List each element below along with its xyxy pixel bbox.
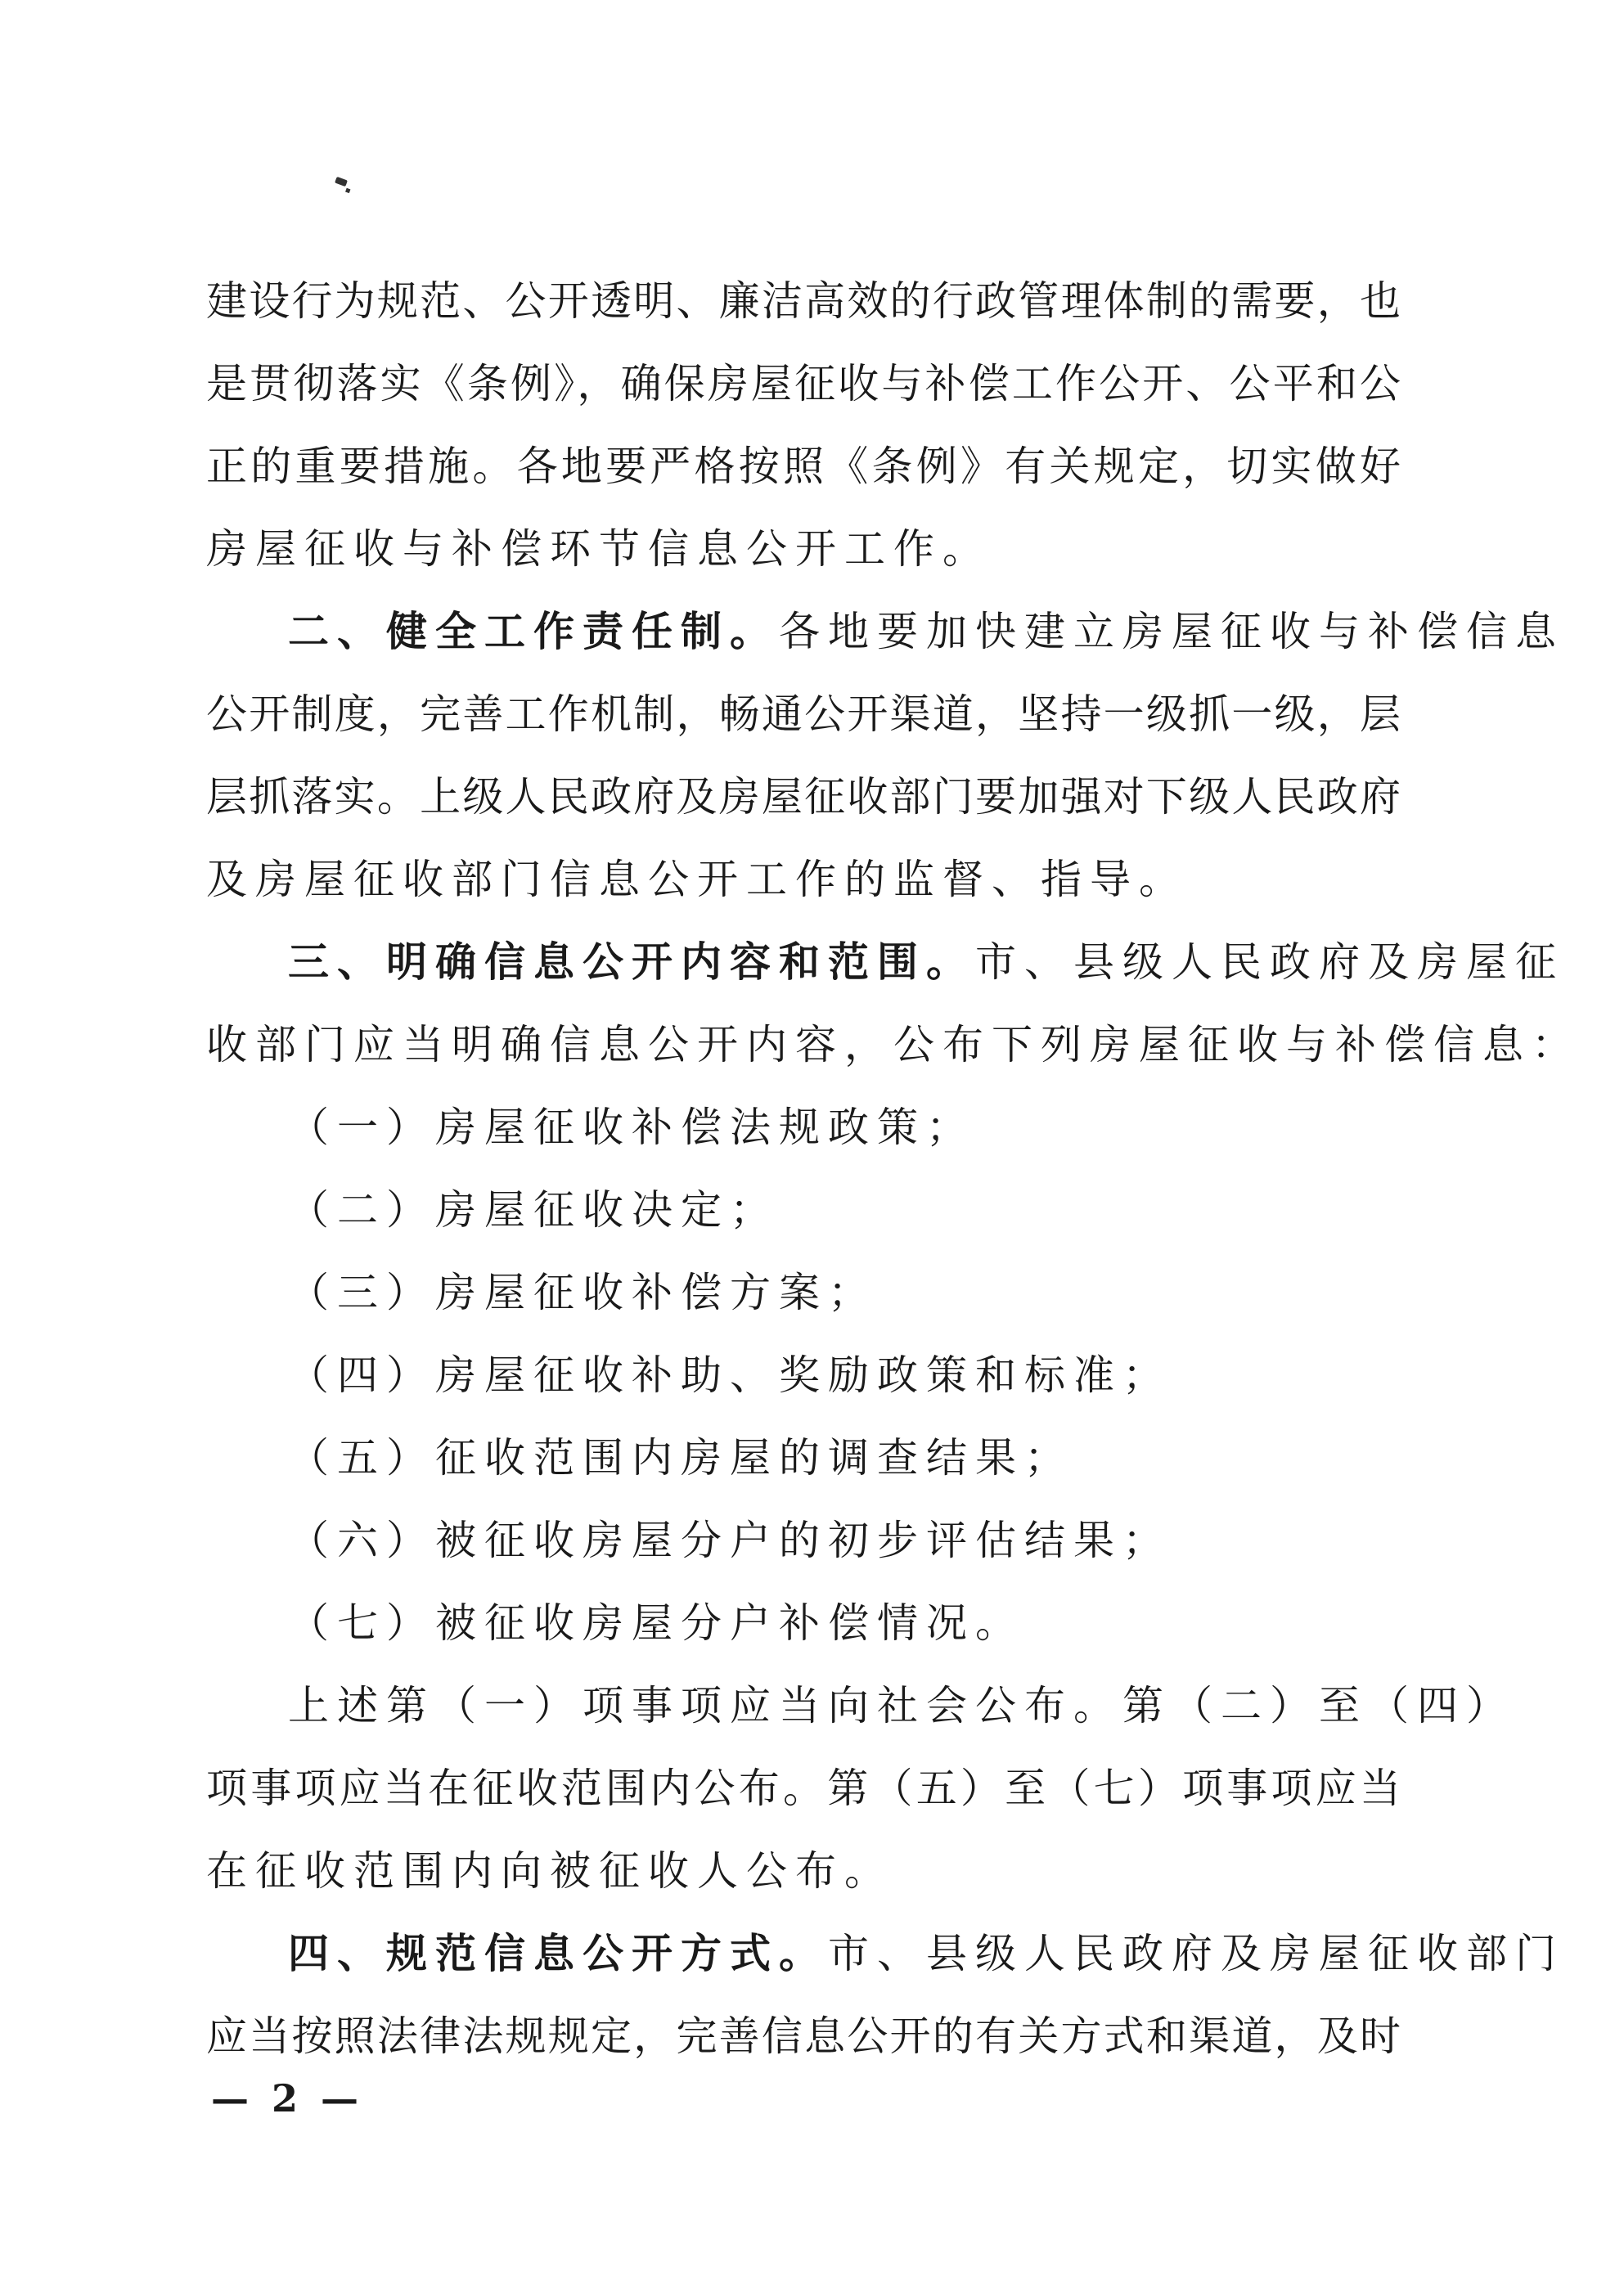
text-line: 二、健全工作责任制。各地要加快建立房屋征收与补偿信息 (206, 591, 1401, 673)
text-line: 收部门应当明确信息公开内容，公布下列房屋征收与补偿信息： (206, 1004, 1401, 1086)
section-text: 市、县级人民政府及房屋征收部门 (828, 1930, 1564, 1977)
text-line: 四、规范信息公开方式。市、县级人民政府及房屋征收部门 (206, 1913, 1401, 1995)
paragraph-section-4: 四、规范信息公开方式。市、县级人民政府及房屋征收部门 应当按照法律法规规定，完善… (206, 1913, 1401, 2078)
text-line: 项事项应当在征收范围内公布。第（五）至（七）项事项应当 (206, 1747, 1401, 1830)
section-heading: 四、规范信息公开方式。 (288, 1930, 828, 1977)
page-number: — 2 — (211, 2076, 363, 2120)
section-heading: 二、健全工作责任制。 (288, 608, 779, 655)
text-line: 三、明确信息公开内容和范围。市、县级人民政府及房屋征 (206, 921, 1401, 1004)
list-item: （二）房屋征收决定； (206, 1169, 1401, 1252)
text-line: 公开制度，完善工作机制，畅通公开渠道，坚持一级抓一级，层 (206, 673, 1401, 756)
list-item: （六）被征收房屋分户的初步评估结果； (206, 1500, 1401, 1582)
section-text: 市、县级人民政府及房屋征 (975, 938, 1564, 986)
list-item: （三）房屋征收补偿方案； (206, 1252, 1401, 1334)
paragraph-section-3: 三、明确信息公开内容和范围。市、县级人民政府及房屋征 收部门应当明确信息公开内容… (206, 921, 1401, 1086)
list-item: （四）房屋征收补助、奖励政策和标准； (206, 1334, 1401, 1417)
section-heading: 三、明确信息公开内容和范围。 (288, 938, 975, 986)
text-line: 层抓落实。上级人民政府及房屋征收部门要加强对下级人民政府 (206, 756, 1401, 839)
section-text: 各地要加快建立房屋征收与补偿信息 (779, 608, 1564, 655)
list-item: （一）房屋征收补偿法规政策； (206, 1086, 1401, 1169)
list-item: （七）被征收房屋分户补偿情况。 (206, 1582, 1401, 1665)
paragraph-intro-continued: 建设行为规范、公开透明、廉洁高效的行政管理体制的需要，也 是贯彻落实《条例》，确… (206, 260, 1401, 591)
text-line: 应当按照法律法规规定，完善信息公开的有关方式和渠道，及时 (206, 1995, 1401, 2078)
text-line: 房屋征收与补偿环节信息公开工作。 (206, 508, 1401, 591)
text-line: 上述第（一）项事项应当向社会公布。第（二）至（四） (206, 1665, 1401, 1747)
disclosure-items-list: （一）房屋征收补偿法规政策； （二）房屋征收决定； （三）房屋征收补偿方案； （… (206, 1086, 1401, 1665)
list-item: （五）征收范围内房屋的调查结果； (206, 1417, 1401, 1500)
text-line: 及房屋征收部门信息公开工作的监督、指导。 (206, 839, 1401, 921)
text-line: 是贯彻落实《条例》，确保房屋征收与补偿工作公开、公平和公 (206, 343, 1401, 425)
paragraph-section-2: 二、健全工作责任制。各地要加快建立房屋征收与补偿信息 公开制度，完善工作机制，畅… (206, 591, 1401, 921)
document-page: 建设行为规范、公开透明、廉洁高效的行政管理体制的需要，也 是贯彻落实《条例》，确… (206, 260, 1401, 2078)
text-line: 正的重要措施。各地要严格按照《条例》有关规定，切实做好 (206, 425, 1401, 508)
text-line: 建设行为规范、公开透明、廉洁高效的行政管理体制的需要，也 (206, 260, 1401, 343)
text-line: 在征收范围内向被征收人公布。 (206, 1830, 1401, 1913)
paragraph-publication-rules: 上述第（一）项事项应当向社会公布。第（二）至（四） 项事项应当在征收范围内公布。… (206, 1665, 1401, 1913)
scan-artifact-mark (335, 177, 348, 187)
